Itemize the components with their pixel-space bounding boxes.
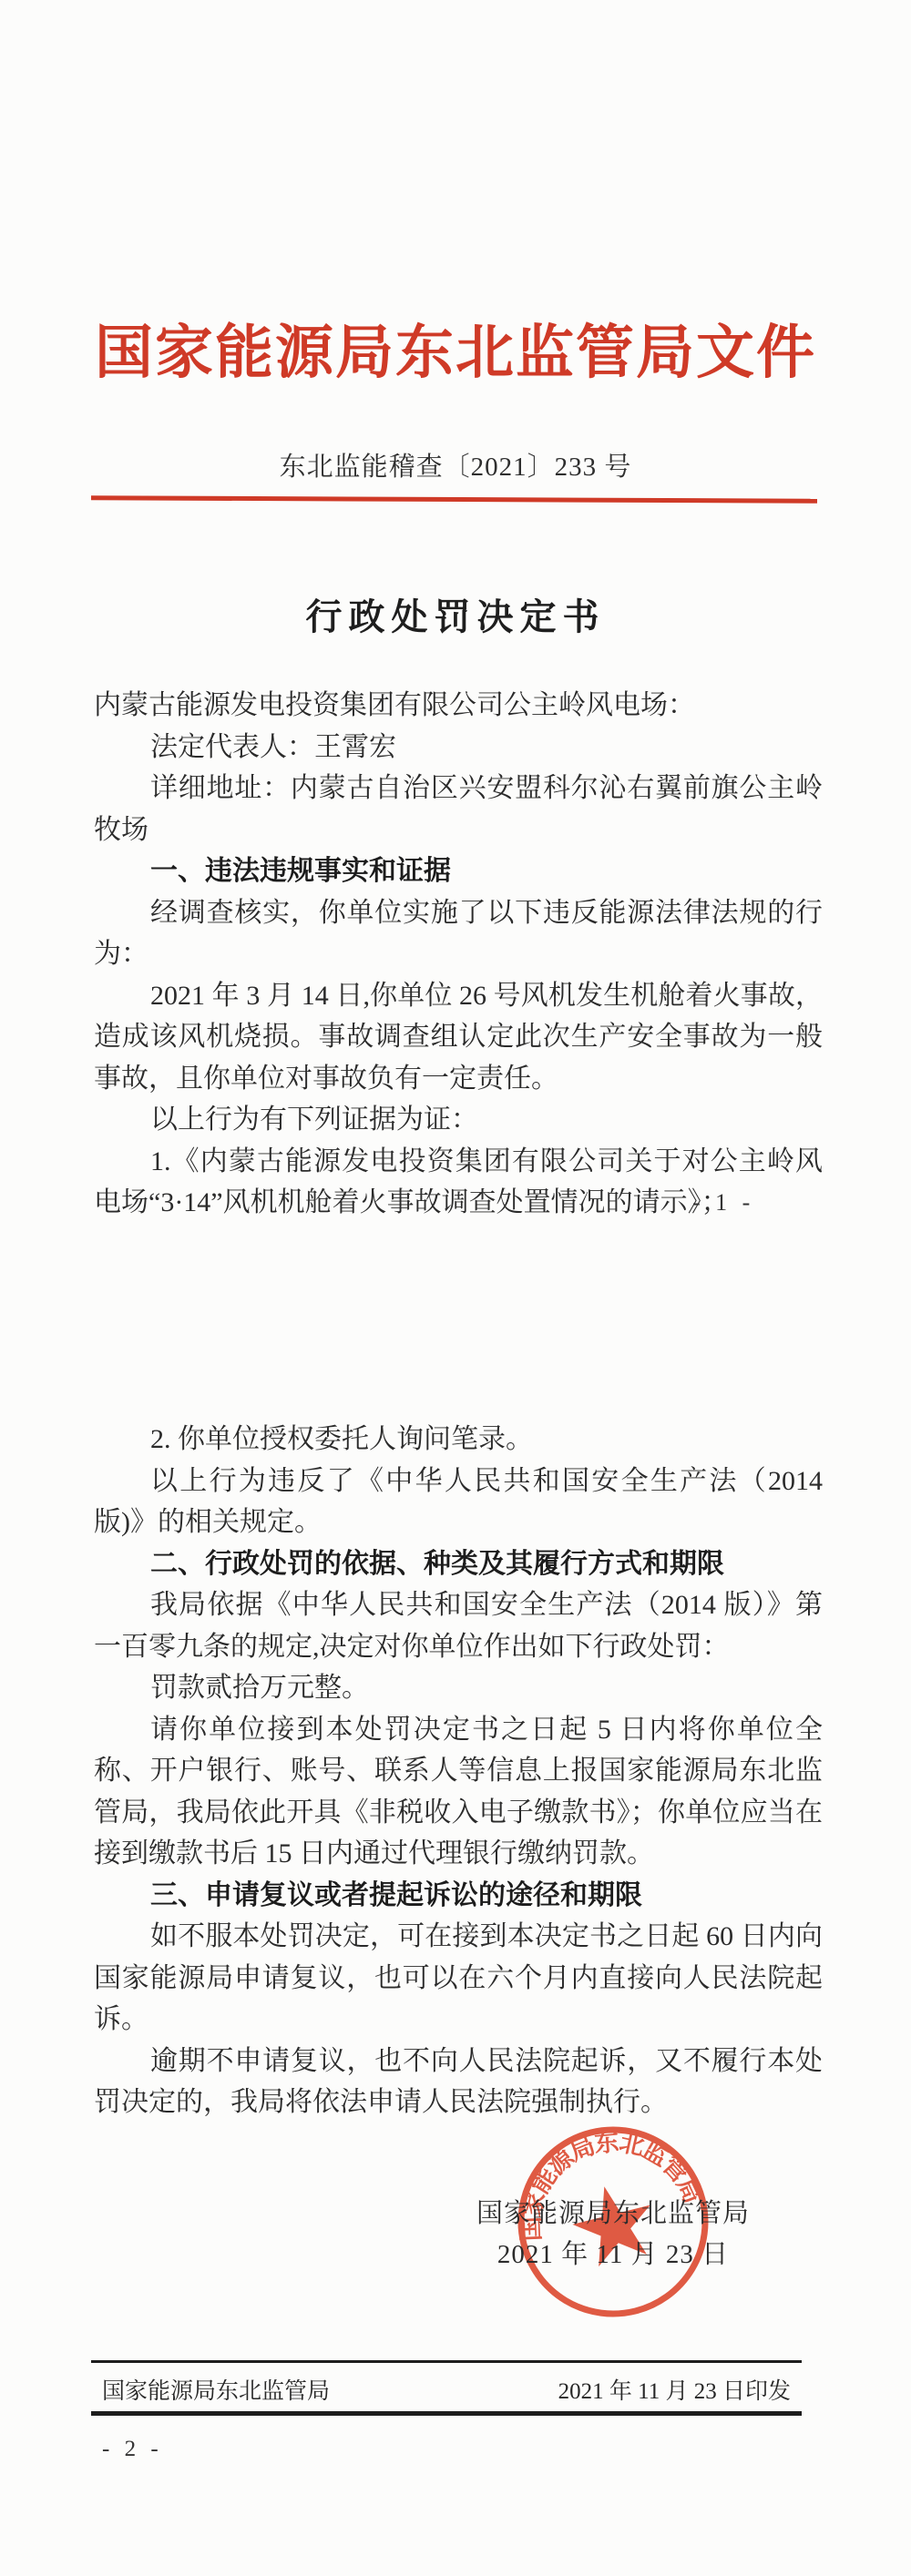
page2-number: - 2 - xyxy=(102,2437,163,2462)
paragraph: 三、申请复议或者提起诉讼的途径和期限 xyxy=(94,1875,823,1917)
paragraph: 以上行为有下列证据为证： xyxy=(94,1099,823,1141)
footer-rule-top xyxy=(91,2360,802,2363)
footer-agency: 国家能源局东北监管局 xyxy=(102,2373,330,2406)
paragraph: 逾期不申请复议，也不向人民法院起诉，又不履行本处罚决定的，我局将依法申请人民法院… xyxy=(94,2041,823,2123)
document-scan: 国家能源局东北监管局文件 东北监能稽查〔2021〕233 号 行政处罚决定书 内… xyxy=(0,0,911,2576)
footer-issue-date: 2021 年 11 月 23 日印发 xyxy=(558,2373,791,2406)
document-title: 行政处罚决定书 xyxy=(0,588,911,640)
footer-rule-bottom xyxy=(91,2411,802,2416)
paragraph: 2. 你单位授权委托人询问笔录。 xyxy=(94,1419,823,1461)
paragraph: 请你单位接到本处罚决定书之日起 5 日内将你单位全称、开户银行、账号、联系人等信… xyxy=(94,1709,823,1875)
paragraph: 经调查核实，你单位实施了以下违反能源法律法规的行为： xyxy=(94,892,823,975)
paragraph: 以上行为违反了《中华人民共和国安全生产法（2014 版)》的相关规定。 xyxy=(94,1461,823,1543)
paragraph: 一、违法违规事实和证据 xyxy=(94,850,823,892)
paragraph: 我局依据《中华人民共和国安全生产法（2014 版）》第一百零九条的规定,决定对你… xyxy=(94,1584,823,1667)
page2-body: 2. 你单位授权委托人询问笔录。以上行为违反了《中华人民共和国安全生产法（201… xyxy=(94,1419,823,2123)
page1-number: - 1 - xyxy=(692,1189,754,1217)
paragraph: 罚款贰拾万元整。 xyxy=(94,1667,823,1709)
page1-body: 内蒙古能源发电投资集团有限公司公主岭风电场：法定代表人：王霄宏详细地址：内蒙古自… xyxy=(94,685,823,1224)
paragraph: 2021 年 3 月 14 日,你单位 26 号风机发生机舱着火事故，造成该风机… xyxy=(94,975,823,1100)
signature-agency: 国家能源局东北监管局 xyxy=(408,2193,818,2230)
paragraph: 如不服本处罚决定，可在接到本决定书之日起 60 日内向国家能源局申请复议，也可以… xyxy=(94,1916,823,2041)
letterhead-divider-rule xyxy=(91,495,817,503)
paragraph: 内蒙古能源发电投资集团有限公司公主岭风电场： xyxy=(94,685,823,727)
signature-date: 2021 年 11 月 23 日 xyxy=(408,2234,818,2271)
paragraph: 详细地址：内蒙古自治区兴安盟科尔沁右翼前旗公主岭牧场 xyxy=(94,768,823,850)
document-number: 东北监能稽查〔2021〕233 号 xyxy=(0,446,911,484)
footer-row: 国家能源局东北监管局 2021 年 11 月 23 日印发 xyxy=(102,2373,791,2406)
paragraph: 法定代表人：王霄宏 xyxy=(94,727,823,769)
letterhead-agency-title: 国家能源局东北监管局文件 xyxy=(0,306,911,390)
paragraph: 二、行政处罚的依据、种类及其履行方式和期限 xyxy=(94,1543,823,1585)
